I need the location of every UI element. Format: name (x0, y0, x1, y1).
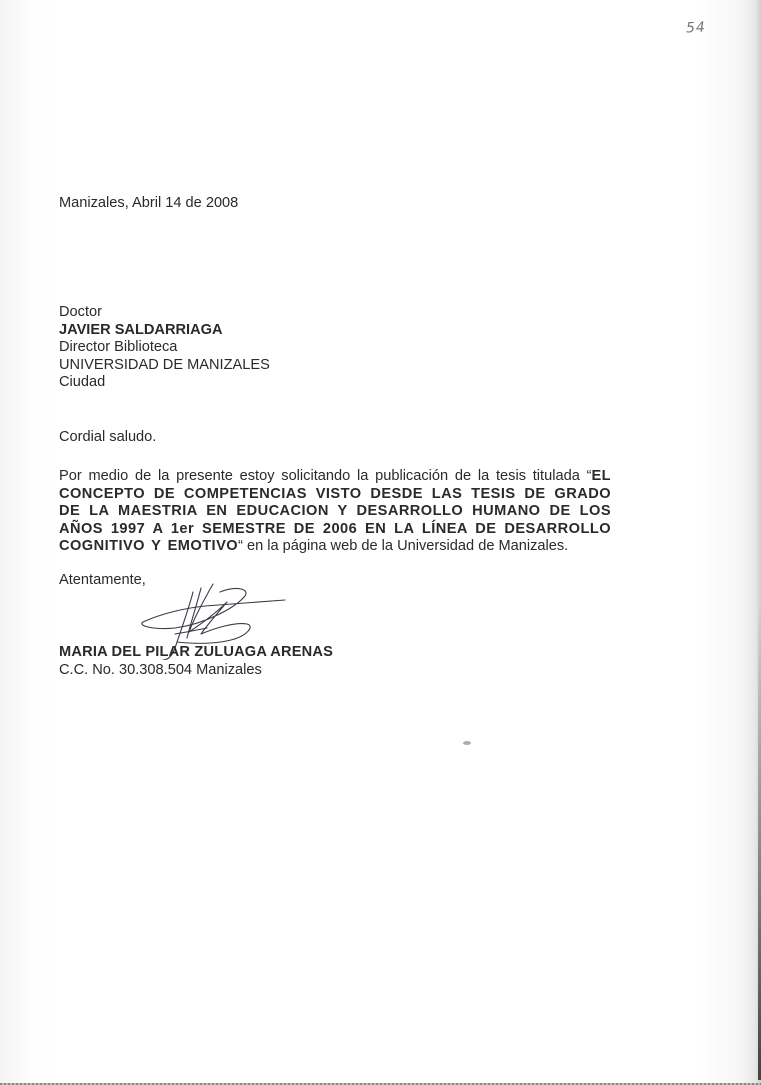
greeting: Cordial saludo. (59, 429, 156, 447)
handwritten-page-number: 54 (686, 19, 707, 36)
recipient-block: Doctor JAVIER SALDARRIAGA Director Bibli… (59, 304, 270, 392)
body-intro: Por medio de la presente estoy solicitan… (59, 468, 591, 484)
recipient-city: Ciudad (59, 374, 270, 392)
body-outro: “ en la página web de la Universidad de … (238, 538, 568, 554)
body-paragraph: Por medio de la presente estoy solicitan… (59, 468, 611, 556)
recipient-institution: UNIVERSIDAD DE MANIZALES (59, 357, 270, 375)
recipient-title: Doctor (59, 304, 270, 322)
recipient-name: JAVIER SALDARRIAGA (59, 322, 270, 340)
signer-name: MARIA DEL PILAR ZULUAGA ARENAS (59, 644, 333, 662)
signer-id-number: C.C. No. 30.308.504 Manizales (59, 662, 262, 680)
scan-speck (463, 741, 471, 745)
closing: Atentamente, (59, 572, 146, 590)
place-and-date: Manizales, Abril 14 de 2008 (59, 195, 238, 213)
recipient-position: Director Biblioteca (59, 339, 270, 357)
